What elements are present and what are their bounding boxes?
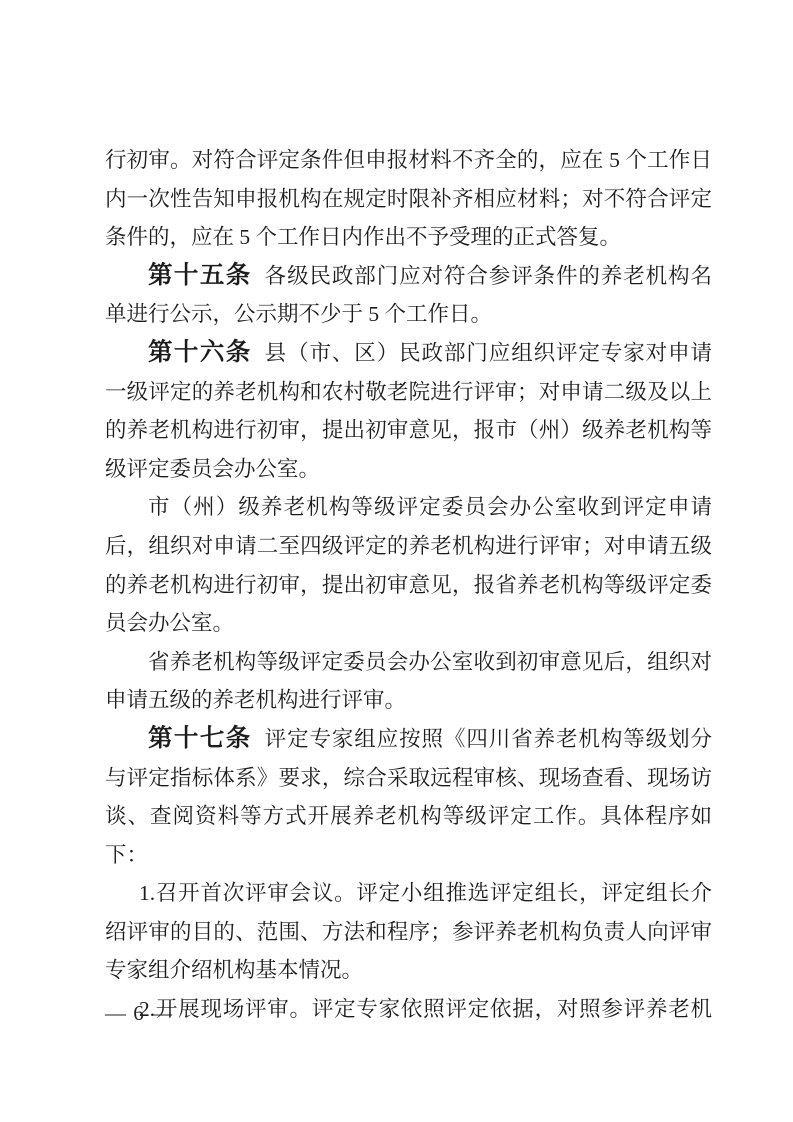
paragraph-text: 市（州）级养老机构等级评定委员会办公室收到评定申请后，组织对申请二至四级评定的养… (105, 495, 712, 635)
paragraph: 第十六条县（市、区）民政部门应组织评定专家对申请一级评定的养老机构和农村敬老院进… (105, 334, 712, 488)
paragraph: 第十七条评定专家组应按照《四川省养老机构等级划分与评定指标体系》要求，综合采取远… (105, 720, 712, 874)
paragraph: 2.开展现场评审。评定专家依照评定依据，对照参评养老机 (105, 990, 712, 1029)
article-term: 第十七条 (148, 725, 252, 752)
document-page: 行初审。对符合评定条件但申报材料不齐全的，应在 5 个工作日内一次性告知申报机构… (0, 0, 793, 1122)
paragraph: 行初审。对符合评定条件但申报材料不齐全的，应在 5 个工作日内一次性告知申报机构… (105, 141, 712, 257)
paragraph-text: 省养老机构等级评定委员会办公室收到初审意见后，组织对申请五级的养老机构进行评审。 (105, 650, 712, 713)
page-number: — 6 — (105, 1001, 173, 1025)
paragraph-text: 2.开展现场评审。评定专家依照评定依据，对照参评养老机 (139, 997, 712, 1021)
paragraph-text: 1.召开首次评审会议。评定小组推选评定组长，评定组长介绍评审的目的、范围、方法和… (105, 881, 712, 982)
paragraph-text: 行初审。对符合评定条件但申报材料不齐全的，应在 5 个工作日内一次性告知申报机构… (105, 148, 712, 249)
article-term: 第十五条 (148, 262, 252, 289)
paragraph: 省养老机构等级评定委员会办公室收到初审意见后，组织对申请五级的养老机构进行评审。 (105, 643, 712, 720)
paragraph: 市（州）级养老机构等级评定委员会办公室收到评定申请后，组织对申请二至四级评定的养… (105, 488, 712, 642)
article-term: 第十六条 (148, 339, 252, 366)
document-body: 行初审。对符合评定条件但申报材料不齐全的，应在 5 个工作日内一次性告知申报机构… (105, 141, 712, 1029)
paragraph: 第十五条各级民政部门应对符合参评条件的养老机构名单进行公示，公示期不少于 5 个… (105, 257, 712, 334)
paragraph: 1.召开首次评审会议。评定小组推选评定组长，评定组长介绍评审的目的、范围、方法和… (105, 874, 712, 990)
